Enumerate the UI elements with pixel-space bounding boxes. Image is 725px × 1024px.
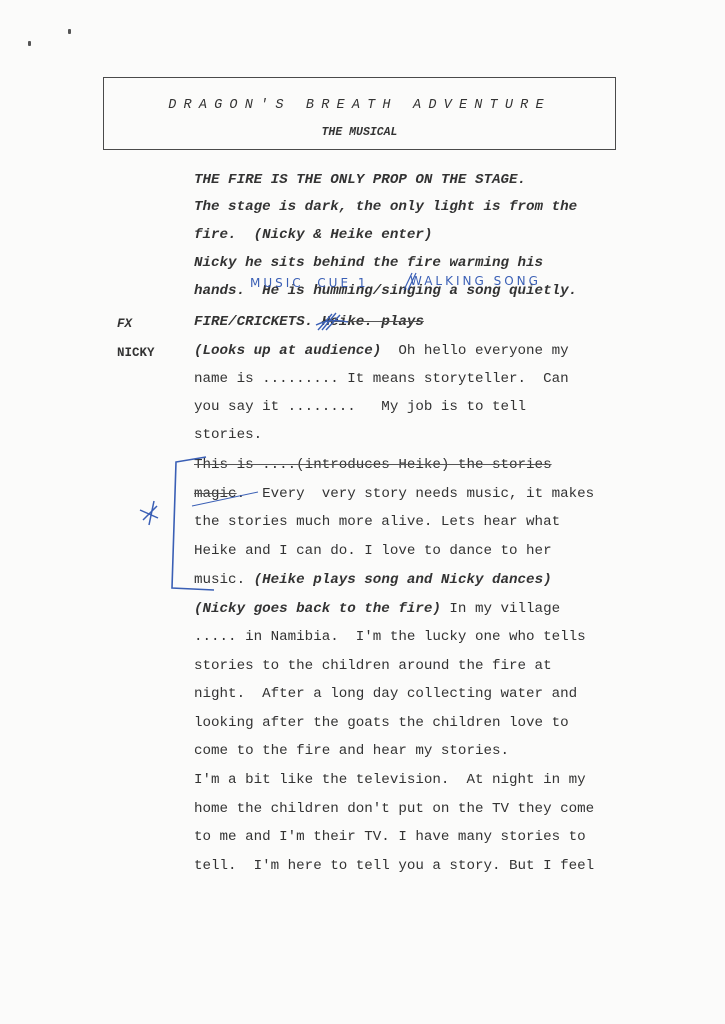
script-line: Nicky he sits behind the fire warming hi… xyxy=(194,255,543,271)
paper-speck xyxy=(28,41,31,46)
line-text: The stage is dark, the only light is fro… xyxy=(194,199,577,215)
line-text: Heike and I can do. I love to dance to h… xyxy=(194,543,552,559)
document-title: DRAGON'S BREATH ADVENTURE xyxy=(104,98,615,113)
line-text: name is ......... It means storyteller. … xyxy=(194,371,569,387)
line-text: Oh hello everyone my xyxy=(381,343,568,359)
line-text: (Heike plays song and Nicky dances) xyxy=(254,572,552,588)
line-text: I'm a bit like the television. At night … xyxy=(194,772,586,788)
line-text: night. After a long day collecting water… xyxy=(194,686,577,702)
line-text: tell. I'm here to tell you a story. But … xyxy=(194,858,594,874)
script-line: looking after the goats the children lov… xyxy=(194,715,569,731)
speaker-nicky: NICKY xyxy=(117,346,155,360)
line-text: In my village xyxy=(441,601,560,617)
line-text: home the children don't put on the TV th… xyxy=(194,801,594,817)
script-line: the stories much more alive. Lets hear w… xyxy=(194,514,560,530)
script-line: night. After a long day collecting water… xyxy=(194,686,577,702)
script-line: music. (Heike plays song and Nicky dance… xyxy=(194,572,552,588)
script-line: stories. xyxy=(194,427,262,443)
script-line: (Nicky goes back to the fire) In my vill… xyxy=(194,601,560,617)
script-line: come to the fire and hear my stories. xyxy=(194,743,509,759)
script-line: ..... in Namibia. I'm the lucky one who … xyxy=(194,629,586,645)
script-line: I'm a bit like the television. At night … xyxy=(194,772,586,788)
handwritten-walking-song: WALKING SONG xyxy=(410,274,541,288)
script-line: to me and I'm their TV. I have many stor… xyxy=(194,829,586,845)
script-line: name is ......... It means storyteller. … xyxy=(194,371,569,387)
line-text: looking after the goats the children lov… xyxy=(194,715,569,731)
script-line: FIRE/CRICKETS. Heike. plays xyxy=(194,314,424,330)
line-text: (Nicky goes back to the fire) xyxy=(194,601,441,617)
script-line: home the children don't put on the TV th… xyxy=(194,801,594,817)
script-line: THE FIRE IS THE ONLY PROP ON THE STAGE. xyxy=(194,172,526,188)
script-line: fire. (Nicky & Heike enter) xyxy=(194,227,432,243)
title-box: DRAGON'S BREATH ADVENTURE THE MUSICAL xyxy=(103,77,616,150)
script-line: you say it ........ My job is to tell xyxy=(194,399,526,415)
document-subtitle: THE MUSICAL xyxy=(104,126,615,139)
script-line: This is ....(introduces Heike) the stori… xyxy=(194,457,552,473)
line-text: fire. (Nicky & Heike enter) xyxy=(194,227,432,243)
line-text: . Every very story needs music, it makes xyxy=(237,486,595,502)
line-text: music. xyxy=(194,572,254,588)
speaker-fx: FX xyxy=(117,317,132,331)
struck-text: Heike. plays xyxy=(322,314,424,330)
line-text: Nicky he sits behind the fire warming hi… xyxy=(194,255,543,271)
script-line: magic. Every very story needs music, it … xyxy=(194,486,594,502)
script-line: Heike and I can do. I love to dance to h… xyxy=(194,543,552,559)
script-page: DRAGON'S BREATH ADVENTURE THE MUSICAL FX… xyxy=(0,0,725,1024)
script-line: (Looks up at audience) Oh hello everyone… xyxy=(194,343,569,359)
line-text: (Looks up at audience) xyxy=(194,343,381,359)
struck-text: magic xyxy=(194,486,237,502)
line-text: stories. xyxy=(194,427,262,443)
asterisk-icon xyxy=(140,501,158,525)
line-text: THE FIRE IS THE ONLY PROP ON THE STAGE. xyxy=(194,172,526,188)
script-line: tell. I'm here to tell you a story. But … xyxy=(194,858,594,874)
line-text: the stories much more alive. Lets hear w… xyxy=(194,514,560,530)
line-text: you say it ........ My job is to tell xyxy=(194,399,526,415)
struck-text: This is ....(introduces Heike) the stori… xyxy=(194,457,552,473)
script-line: stories to the children around the fire … xyxy=(194,658,552,674)
line-text: ..... in Namibia. I'm the lucky one who … xyxy=(194,629,586,645)
line-text: stories to the children around the fire … xyxy=(194,658,552,674)
handwritten-music-cue: MUSIC CUE 1 xyxy=(250,276,369,290)
script-line: The stage is dark, the only light is fro… xyxy=(194,199,577,215)
line-text: come to the fire and hear my stories. xyxy=(194,743,509,759)
line-text: to me and I'm their TV. I have many stor… xyxy=(194,829,586,845)
line-text: FIRE/CRICKETS. xyxy=(194,314,322,330)
paper-speck xyxy=(68,29,71,34)
